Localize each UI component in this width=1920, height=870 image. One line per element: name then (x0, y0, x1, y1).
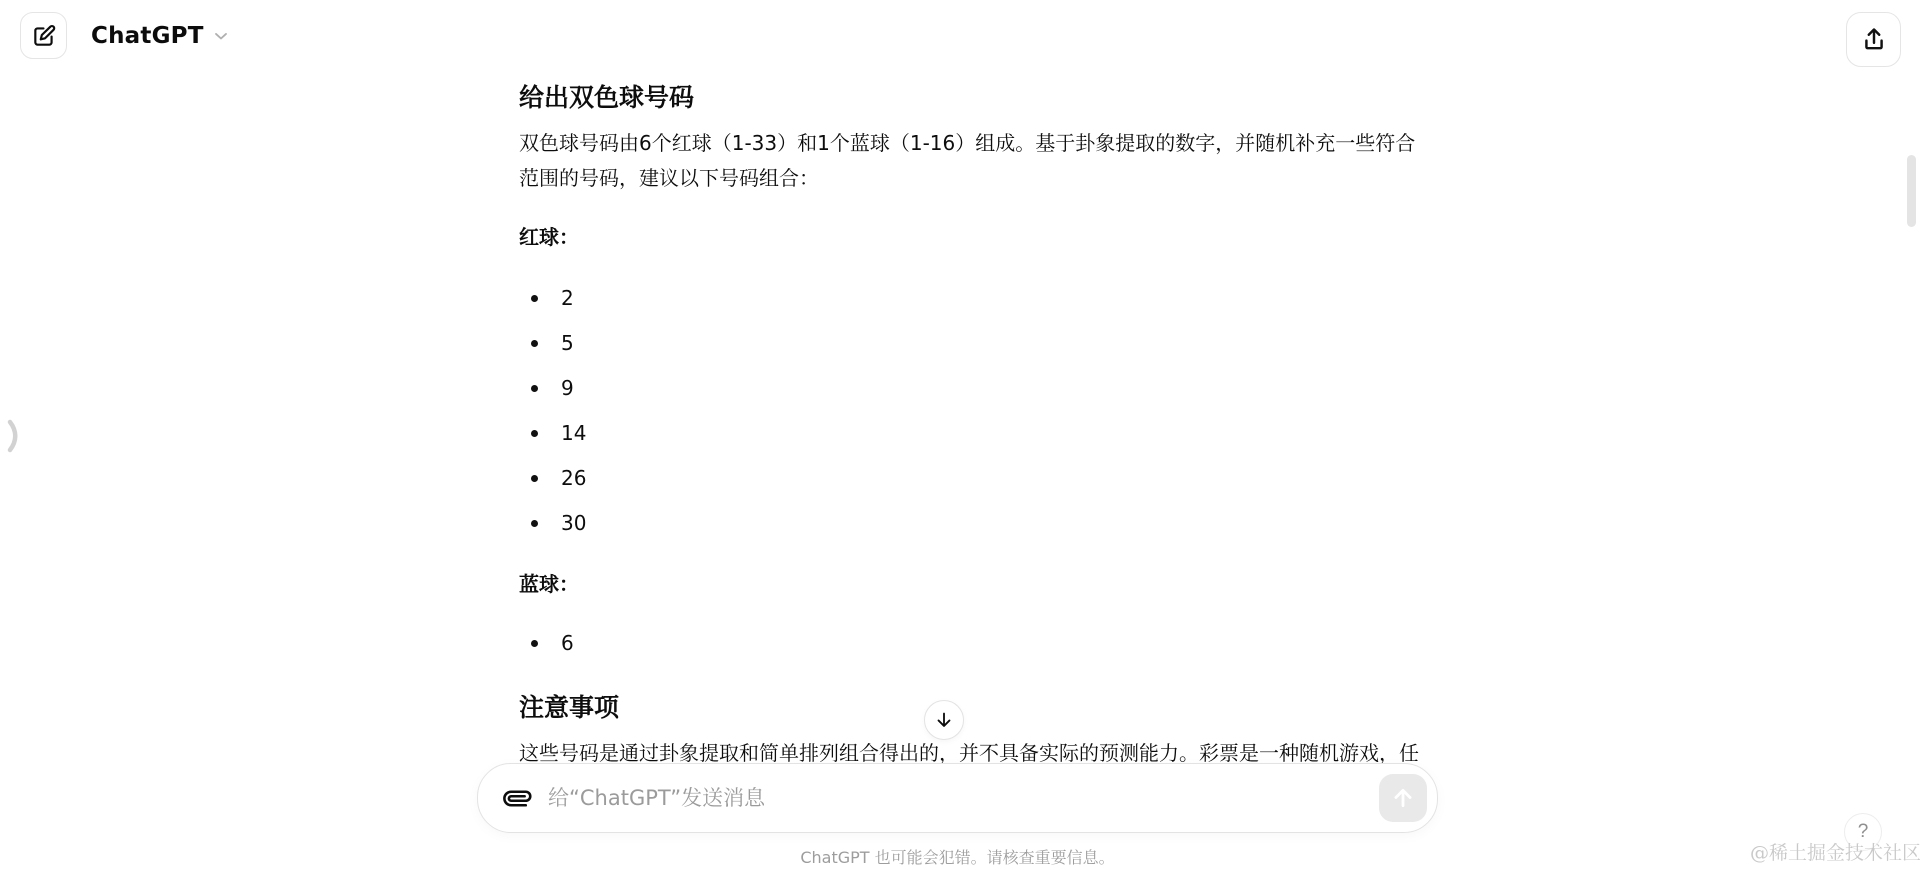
list-item: 30 (519, 501, 1432, 546)
share-upload-icon (1860, 26, 1888, 54)
watermark: @稀土掘金技术社区 (1750, 838, 1920, 865)
scrollbar-thumb[interactable] (1907, 155, 1916, 227)
message-composer (477, 763, 1438, 833)
new-chat-button[interactable] (20, 12, 67, 59)
message-heading-numbers: 给出双色球号码 (519, 81, 1432, 114)
list-item: 6 (519, 621, 1432, 666)
list-item: 2 (519, 276, 1432, 321)
red-balls-list: 2 5 9 14 26 30 (519, 276, 1432, 546)
assistant-message: 给出双色球号码 双色球号码由6个红球（1-33）和1个蓝球（1-16）组成。基于… (519, 0, 1432, 770)
red-balls-label: 红球： (519, 220, 1432, 255)
arrow-down-icon (933, 709, 955, 731)
scroll-to-bottom-button[interactable] (924, 700, 964, 740)
message-paragraph-intro: 双色球号码由6个红球（1-33）和1个蓝球（1-16）组成。基于卦象提取的数字，… (519, 126, 1432, 195)
blue-balls-list: 6 (519, 621, 1432, 666)
list-item: 5 (519, 321, 1432, 366)
list-item: 14 (519, 411, 1432, 456)
paperclip-icon (504, 785, 531, 812)
arrow-up-icon (1390, 785, 1416, 811)
chatgpt-app-window: ChatGPT 给出双色球号码 双色球号码由6个红球（1-33）和1个蓝球（1-… (0, 0, 1920, 870)
app-title: ChatGPT (91, 23, 204, 49)
footer-disclaimer: ChatGPT 也可能会犯错。请核查重要信息。 (477, 845, 1438, 868)
blue-balls-label: 蓝球： (519, 567, 1432, 602)
compose-pencil-square-icon (31, 23, 57, 49)
model-switcher[interactable]: ChatGPT (91, 16, 231, 56)
share-button[interactable] (1846, 12, 1901, 67)
attach-file-button[interactable] (500, 781, 534, 815)
list-item: 9 (519, 366, 1432, 411)
chevron-down-icon (211, 26, 231, 46)
list-item: 26 (519, 456, 1432, 501)
send-button[interactable] (1379, 774, 1427, 822)
sidebar-expand-button[interactable] (6, 416, 30, 456)
expand-chevron-icon (6, 418, 22, 454)
message-input[interactable] (548, 786, 1365, 810)
message-heading-notes: 注意事项 (519, 691, 1432, 724)
